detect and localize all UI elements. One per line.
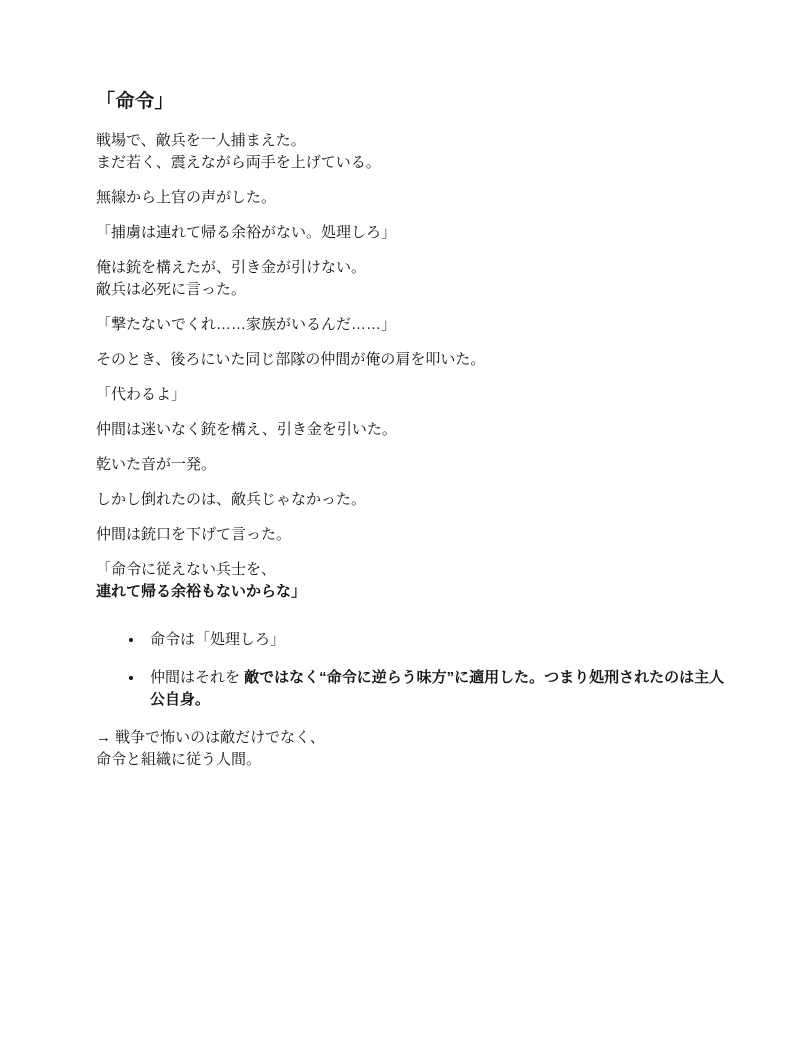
story-paragraph-8: 仲間は迷いなく銃を構え、引き金を引いた。	[96, 419, 727, 441]
story-paragraph-11: 仲間は銃口を下げて言った。	[96, 524, 727, 546]
note-item-2: 仲間はそれを 敵ではなく“命令に逆らう味方”に適用した。つまり処刑されたのは主人…	[144, 667, 727, 711]
story-line: 無線から上官の声がした。	[96, 187, 727, 209]
conclusion-line-1: → 戦争で怖いのは敵だけでなく、	[96, 727, 727, 749]
document-body: { "page": { "background_color": "#ffffff…	[0, 0, 812, 1045]
story-paragraph-1: 戦場で、敵兵を一人捕まえた。 まだ若く、震えながら両手を上げている。	[96, 130, 727, 174]
document-page: 「命令」 戦場で、敵兵を一人捕まえた。 まだ若く、震えながら両手を上げている。 …	[0, 0, 812, 1045]
story-line: しかし倒れたのは、敵兵じゃなかった。	[96, 489, 727, 511]
story-paragraph-3: 「捕虜は連れて帰る余裕がない。処理しろ」	[96, 222, 727, 244]
story-line: 仲間は迷いなく銃を構え、引き金を引いた。	[96, 419, 727, 441]
story-paragraph-10: しかし倒れたのは、敵兵じゃなかった。	[96, 489, 727, 511]
final-quote-paragraph: 「命令に従えない兵士を、 連れて帰る余裕もないからな」	[96, 559, 727, 603]
story-line: まだ若く、震えながら両手を上げている。	[96, 152, 727, 174]
story-line: 「撃たないでくれ……家族がいるんだ……」	[96, 314, 727, 336]
story-line: 「捕虜は連れて帰る余裕がない。処理しろ」	[96, 222, 727, 244]
story-line: 乾いた音が一発。	[96, 454, 727, 476]
story-paragraph-5: 「撃たないでくれ……家族がいるんだ……」	[96, 314, 727, 336]
story-line: 戦場で、敵兵を一人捕まえた。	[96, 130, 727, 152]
final-quote-line-1: 「命令に従えない兵士を、	[96, 559, 727, 581]
document-title: 「命令」	[96, 90, 727, 114]
conclusion-paragraph: → 戦争で怖いのは敵だけでなく、 命令と組織に従う人間。	[96, 727, 727, 771]
story-paragraph-9: 乾いた音が一発。	[96, 454, 727, 476]
story-paragraph-4: 俺は銃を構えたが、引き金が引けない。 敵兵は必死に言った。	[96, 257, 727, 301]
story-paragraph-6: そのとき、後ろにいた同じ部隊の仲間が俺の肩を叩いた。	[96, 349, 727, 371]
final-quote-line-2: 連れて帰る余裕もないからな」	[96, 581, 727, 603]
notes-list: 命令は「処理しろ」 仲間はそれを 敵ではなく“命令に逆らう味方”に適用した。つま…	[96, 629, 727, 711]
story-line: そのとき、後ろにいた同じ部隊の仲間が俺の肩を叩いた。	[96, 349, 727, 371]
story-paragraph-2: 無線から上官の声がした。	[96, 187, 727, 209]
story-line: 俺は銃を構えたが、引き金が引けない。	[96, 257, 727, 279]
story-line: 「代わるよ」	[96, 384, 727, 406]
note-1-text: 命令は「処理しろ」	[150, 631, 285, 648]
story-paragraph-7: 「代わるよ」	[96, 384, 727, 406]
note-item-1: 命令は「処理しろ」	[144, 629, 727, 651]
note-2-prefix: 仲間はそれを	[150, 669, 244, 686]
story-line: 敵兵は必死に言った。	[96, 279, 727, 301]
story-line: 仲間は銃口を下げて言った。	[96, 524, 727, 546]
conclusion-line-2: 命令と組織に従う人間。	[96, 749, 727, 771]
